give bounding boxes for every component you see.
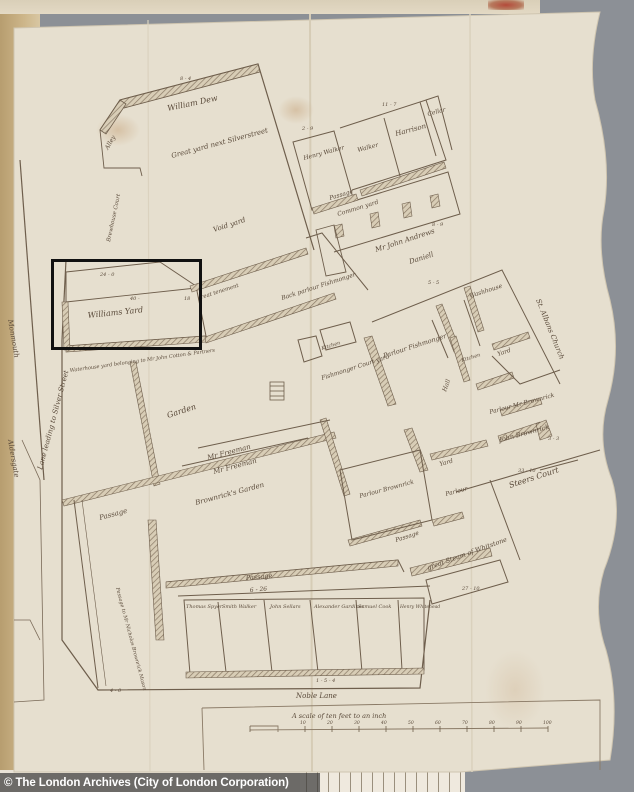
scale-tick-9: 90 (516, 720, 522, 726)
dim-4: 8 - 9 (432, 222, 444, 228)
scale-tick-4: 40 (380, 720, 387, 726)
dim-1: 8 - 4 (180, 76, 191, 82)
map-scan: William Dew Great yard next Silverstreet… (0, 0, 634, 792)
dim-3: 2 - 9 (301, 126, 314, 132)
dim-10: 27 - 10 (461, 586, 480, 592)
dim-7: 33 - 10 (518, 468, 536, 474)
ground-plan-drawing: William Dew Great yard next Silverstreet… (0, 0, 634, 792)
label-noble-lane: Noble Lane (295, 692, 337, 700)
scale-tick-7: 70 (462, 720, 468, 726)
scale-tick-3: 30 (354, 720, 360, 726)
dim-6: 3 - 3 (548, 436, 559, 442)
highlight-box-williams-yard (51, 259, 202, 350)
tenant-4: Alexander Gardiner (313, 604, 365, 610)
scale-tick-8: 80 (489, 720, 495, 726)
scale-tick-6: 60 (435, 720, 441, 726)
dim-5: 5 - 5 (428, 280, 439, 286)
label-scale-caption: A scale of ten feet to an inch (291, 712, 386, 720)
caption-text: © The London Archives (City of London Co… (4, 777, 289, 789)
dim-8: 4 - 0 (109, 688, 122, 694)
tenant-3: John Sellars (269, 604, 301, 610)
tenant-1: Thomas Spyer (186, 604, 223, 610)
tenant-6: Henry Whitehead (399, 604, 440, 610)
copyright-caption: © The London Archives (City of London Co… (0, 773, 320, 792)
tenant-5: Samuel Cook (358, 604, 391, 610)
scale-tick-1: 10 (300, 720, 306, 726)
tenant-2: Smith Walker (222, 604, 257, 610)
scale-tick-10: 100 (543, 720, 552, 726)
scale-tick-5: 50 (408, 720, 414, 726)
dim-9: 1 - 5 - 4 (316, 678, 335, 684)
scale-tick-2: 20 (326, 720, 333, 726)
dim-2: 11 - 7 (382, 102, 397, 108)
